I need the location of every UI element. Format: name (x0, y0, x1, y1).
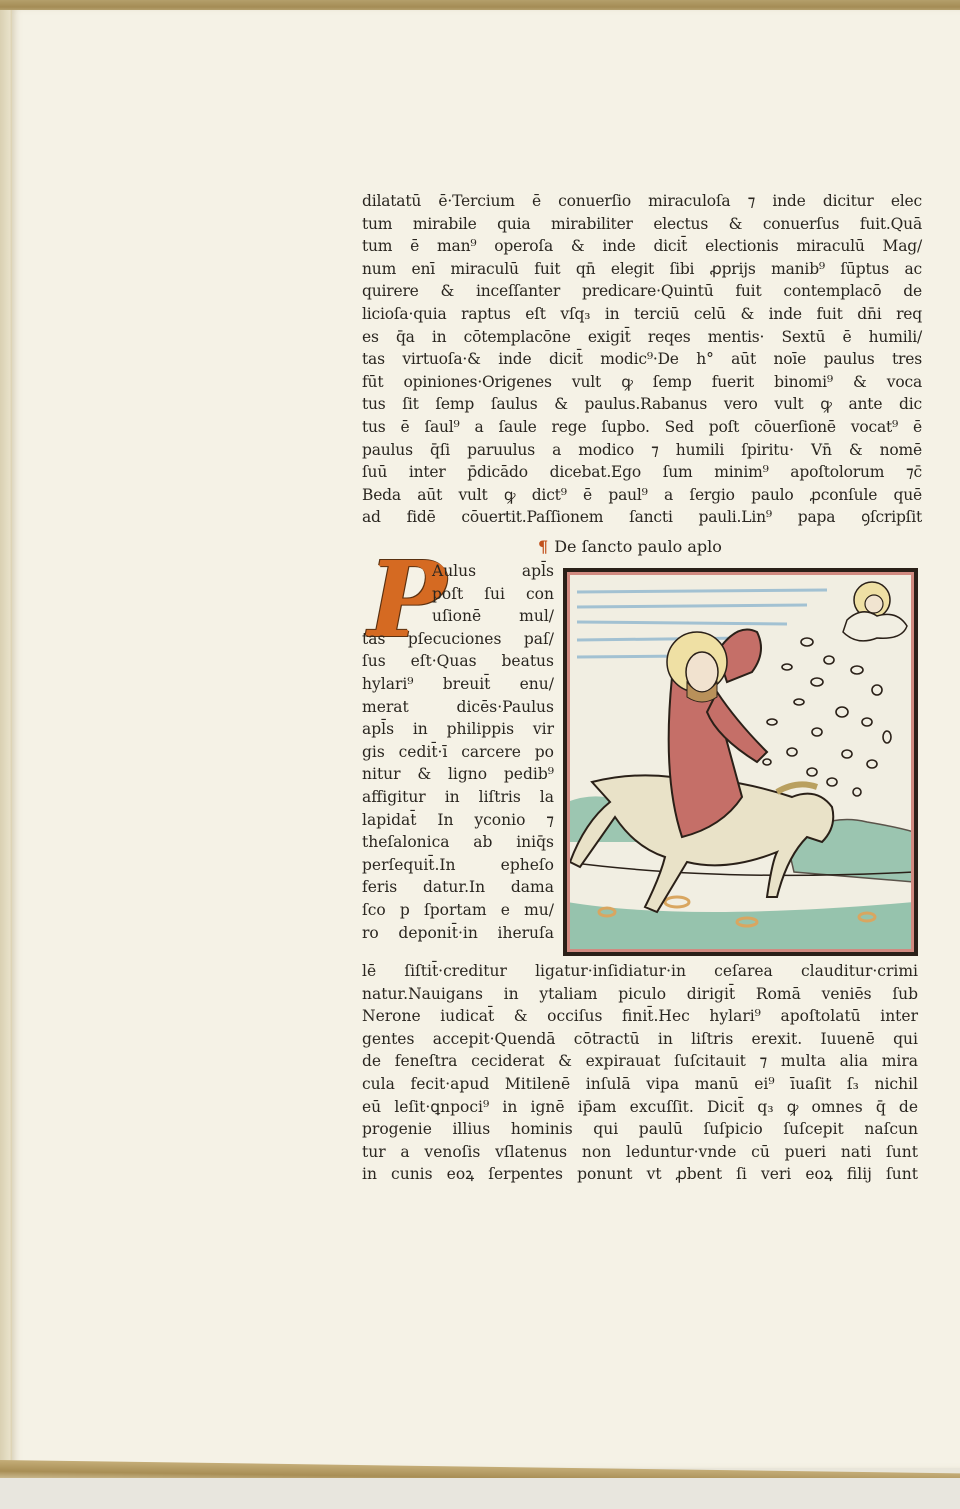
text-line: quirere & inceſſanter predicare·Quintū f… (362, 280, 922, 303)
text-line: licioſa·quia raptus eſt vſq₃ in terciū c… (362, 303, 922, 326)
text-line: natur.Nauigans in ytaliam piculo dirigit… (362, 983, 918, 1006)
text-line: tum ē man⁹ operoſa & inde dicit̄ electio… (362, 235, 922, 258)
chapter-heading-text: De ſancto paulo aplo (554, 537, 722, 556)
text-line: tur a venoſis vſlatenus non leduntur·vnd… (362, 1141, 918, 1164)
text-line: gis cedit̄·ī carcere po (362, 741, 554, 764)
woodcut-illustration (563, 568, 918, 956)
text-line: Beda aūt vult ꝙ dict⁹ ē paul⁹ a ſergio p… (362, 484, 922, 507)
text-line: tus ē ſaul⁹ a ſaule rege ſupbo. Sed poſt… (362, 416, 922, 439)
text-line: ro deponit̄·in iheruſa (362, 922, 554, 945)
text-line: de feneſtra ceciderat & expirauat ſuſcit… (362, 1050, 918, 1073)
text-line: perſequit̄.In epheſo (362, 854, 554, 877)
text-line: uſionē mul/ (362, 605, 554, 628)
upper-text-block: dilatatū ē·Tercium ē conuerſio miraculoſ… (362, 190, 922, 529)
text-line: ſuū inter p̄dicādo dicebat.Ego ſum minim… (362, 461, 922, 484)
text-line: Aulus apl̄s (362, 560, 554, 583)
text-line: num enī miraculū fuit qn̄ elegit ſibi ꝓp… (362, 258, 922, 281)
chapter-heading: ¶De ſancto paulo aplo (538, 537, 722, 556)
text-line: tus ſit ſemp ſaulus & paulus.Rabanus ver… (362, 393, 922, 416)
text-line: in cunis eoꝝ ſerpentes ponunt vt ꝓbent ſ… (362, 1163, 918, 1186)
text-line: apl̄s in philippis vir (362, 718, 554, 741)
text-line: eū leſit·ꝗnpoci⁹ in ignē ip̄am excuſſit.… (362, 1096, 918, 1119)
text-line: Nerone iudicat̄ & occiſus finit̄.Hec hyl… (362, 1005, 918, 1028)
conversion-of-paul-woodcut-icon (567, 572, 914, 952)
background-surface (0, 1478, 960, 1509)
text-line: feris datur.In dama (362, 876, 554, 899)
text-line: tum mirabile quia mirabiliter electus & … (362, 213, 922, 236)
text-line: ſco p ſportam e mu/ (362, 899, 554, 922)
text-line: tas pſecuciones paſ/ (362, 628, 554, 651)
text-line: dilatatū ē·Tercium ē conuerſio miraculoſ… (362, 190, 922, 213)
text-line: merat dicēs·Paulus (362, 696, 554, 719)
text-line: affigitur in liſtris la (362, 786, 554, 809)
pilcrow-icon: ¶ (538, 537, 548, 556)
text-line: lapidat̄ In yconio ⁊ (362, 809, 554, 832)
narrow-text-block: Aulus apl̄s poſt ſui con uſionē mul/ tas… (362, 560, 554, 944)
text-line: theſalonica ab iniq̄s (362, 831, 554, 854)
text-line: lē ſiſtit̄·creditur ligatur·inſidiatur·i… (362, 960, 918, 983)
text-line: ſus eſt·Quas beatus (362, 650, 554, 673)
text-line: tas virtuoſa·& inde dicit̄ modic⁹·De h° … (362, 348, 922, 371)
text-line: es q̄a in cōtemplacōne exigit̄ reqes men… (362, 326, 922, 349)
text-line: gentes accepit·Quendā cōtractū in liſtri… (362, 1028, 918, 1051)
text-line: nitur & ligno pedib⁹ (362, 763, 554, 786)
lower-text-block: lē ſiſtit̄·creditur ligatur·inſidiatur·i… (362, 960, 918, 1186)
text-line: poſt ſui con (362, 583, 554, 606)
text-line: cula fecit·apud Mitilenē inſulā vipa man… (362, 1073, 918, 1096)
text-line: progenie illius hominis qui paulū ſuſpic… (362, 1118, 918, 1141)
text-line: fūt opiniones·Origenes vult ꝙ ſemp fueri… (362, 371, 922, 394)
text-line: hylari⁹ breuit̄ enu/ (362, 673, 554, 696)
text-line: paulus q̄ſi paruulus a modico ⁊ humili ſ… (362, 439, 922, 462)
text-line: ad fidē cōuertit.Paſſionem ſancti pauli.… (362, 506, 922, 529)
